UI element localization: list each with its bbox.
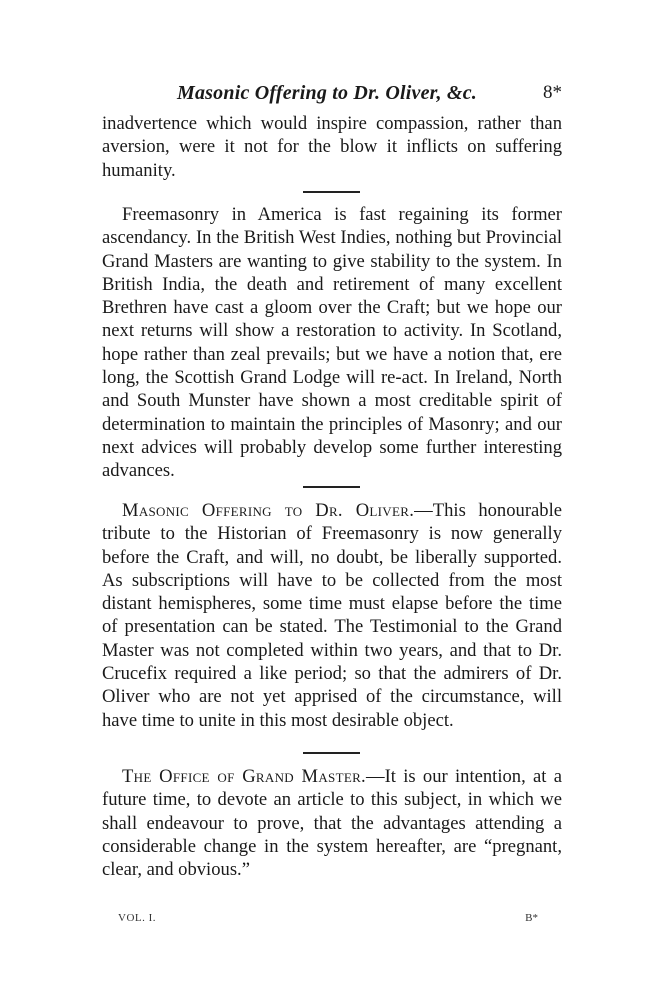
- paragraph-office-grand-master: The Office of Grand Master.—It is our in…: [102, 765, 562, 881]
- section-heading: The Office of Grand Master.: [122, 766, 366, 787]
- signature-mark: B*: [525, 912, 538, 924]
- page-footer: VOL. I. B*: [118, 912, 538, 928]
- volume-label: VOL. I.: [118, 912, 156, 924]
- paragraph-text: Freemasonry in America is fast regaining…: [102, 203, 562, 483]
- paragraph-text: inadvertence which would inspire compass…: [102, 112, 562, 182]
- section-divider: [303, 191, 360, 193]
- section-divider: [303, 486, 360, 488]
- page-number: 8*: [543, 82, 562, 104]
- section-heading: Masonic Offering to Dr. Oliver.: [122, 500, 414, 521]
- running-head: Masonic Offering to Dr. Oliver, &c. 8*: [177, 82, 562, 108]
- section-body: —This honourable tribute to the Historia…: [102, 500, 562, 731]
- running-title: Masonic Offering to Dr. Oliver, &c.: [177, 82, 477, 105]
- paragraph-text: The Office of Grand Master.—It is our in…: [102, 765, 562, 881]
- book-page: Masonic Offering to Dr. Oliver, &c. 8* i…: [0, 0, 667, 1006]
- section-divider: [303, 752, 360, 754]
- paragraph-continuation: inadvertence which would inspire compass…: [102, 112, 562, 182]
- paragraph-masonic-offering: Masonic Offering to Dr. Oliver.—This hon…: [102, 499, 562, 732]
- paragraph-freemasonry: Freemasonry in America is fast regaining…: [102, 203, 562, 483]
- paragraph-text: Masonic Offering to Dr. Oliver.—This hon…: [102, 499, 562, 732]
